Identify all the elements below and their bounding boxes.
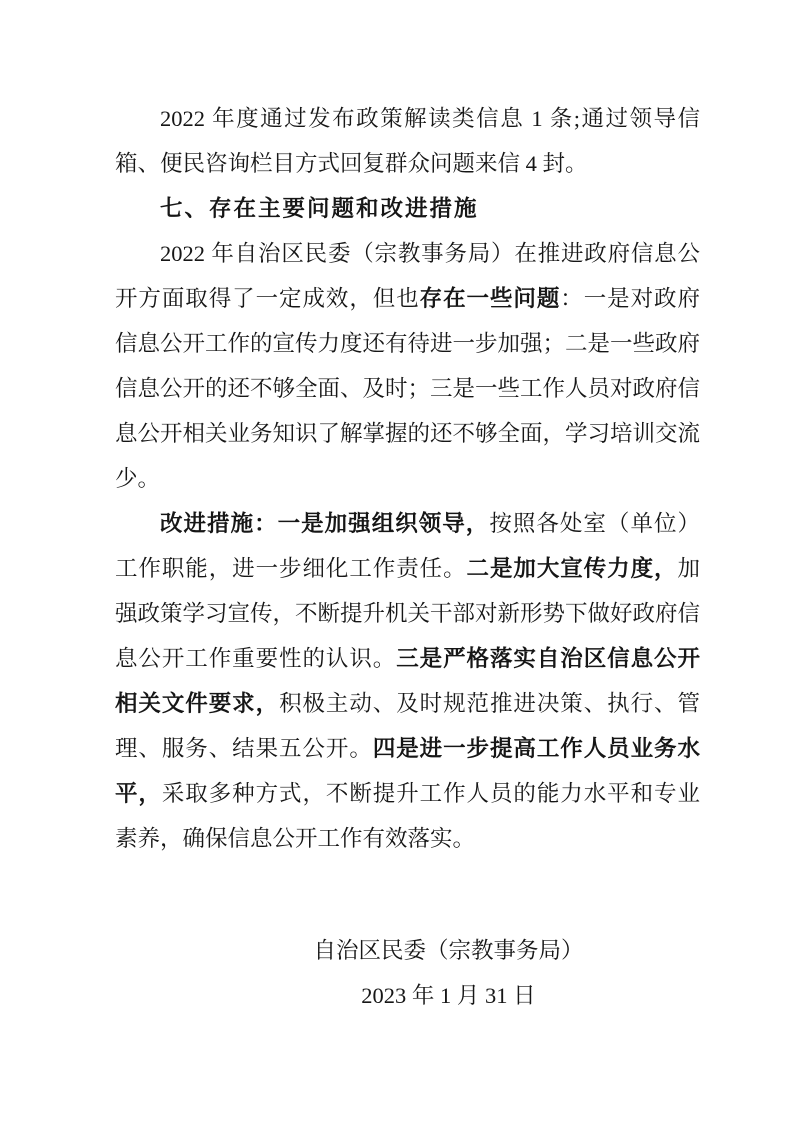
bold-text-run: 二是加大宣传力度，	[467, 556, 678, 581]
text-run: 采取多种方式，不断提升工作人员的能力水平和专业素养，确保信息公开工作有效落实。	[115, 781, 700, 851]
text-run: 2022 年度通过发布政策解读类信息 1 条;通过领导信箱、便民咨询栏目方式回复…	[115, 106, 700, 176]
paragraph: 2022 年自治区民委（宗教事务局）在推进政府信息公开方面取得了一定成效，但也存…	[115, 231, 700, 501]
document-page: 2022 年度通过发布政策解读类信息 1 条;通过领导信箱、便民咨询栏目方式回复…	[0, 0, 793, 1122]
bold-text-run: 存在一些问题	[420, 286, 561, 311]
document-content: 2022 年度通过发布政策解读类信息 1 条;通过领导信箱、便民咨询栏目方式回复…	[115, 96, 700, 861]
paragraph: 改进措施：一是加强组织领导，按照各处室（单位）工作职能，进一步细化工作责任。二是…	[115, 501, 700, 861]
signature-org: 自治区民委（宗教事务局）	[156, 928, 741, 973]
bold-text-run: 七、存在主要问题和改进措施	[160, 196, 479, 221]
text-run: ：一是对政府信息公开工作的宣传力度还有待进一步加强；二是一些政府信息公开的还不够…	[115, 286, 700, 491]
signature-block: 自治区民委（宗教事务局） 2023 年 1 月 31 日	[156, 928, 741, 1018]
section-heading: 七、存在主要问题和改进措施	[115, 186, 700, 231]
paragraph: 2022 年度通过发布政策解读类信息 1 条;通过领导信箱、便民咨询栏目方式回复…	[115, 96, 700, 186]
bold-text-run: 改进措施：一是加强组织领导，	[160, 511, 489, 536]
signature-date: 2023 年 1 月 31 日	[156, 973, 741, 1018]
